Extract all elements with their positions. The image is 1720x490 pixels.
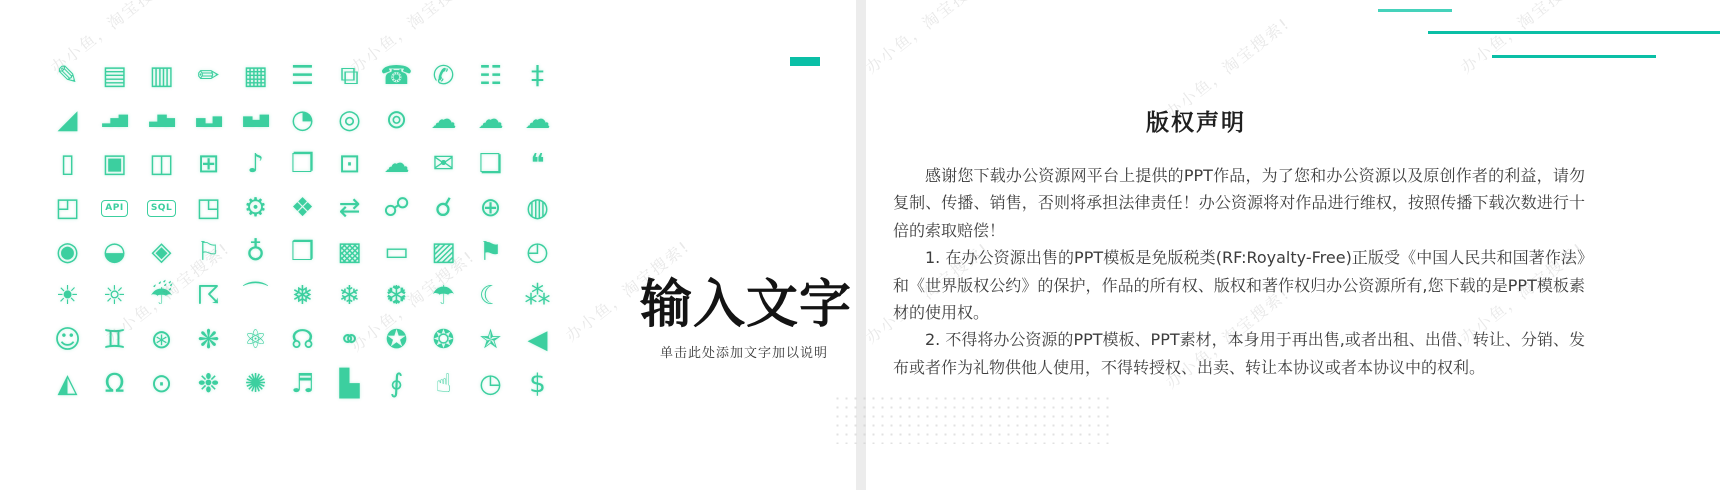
canvas: ✎▤▥✏▦☰⧉☎✆☷‡◢▂▅▇▃▇▅▅▂▆▆▄▇◔◎⊚☁☁☁▯▣◫⊞♪❐⊡☁✉❏…	[0, 0, 1720, 490]
document-report-glyph: ▤	[102, 63, 127, 89]
snowflake-icon[interactable]: ❄	[326, 274, 373, 318]
chart-bars-arrow-glyph: ▃▇▅	[149, 114, 174, 126]
location-pin-gem-icon[interactable]: ◈	[138, 230, 185, 274]
globe-glyph: ◍	[526, 195, 549, 221]
globe-stand-icon[interactable]: ♁	[232, 230, 279, 274]
printer-glyph: ⧉	[340, 63, 359, 89]
document-text-icon[interactable]: ▥	[138, 54, 185, 98]
dollar-coin-icon[interactable]: $	[514, 362, 561, 406]
snowflake-ornate-icon[interactable]: ❅	[279, 274, 326, 318]
browser-cursor-glyph: ◳	[196, 195, 221, 221]
medal-star-glyph: ✯	[480, 327, 502, 353]
location-pin-glyph: ◉	[56, 239, 79, 265]
document-pencil-glyph: ✏	[198, 63, 220, 89]
smartphone-message-icon[interactable]: ▣	[91, 142, 138, 186]
phone-ringing-icon[interactable]: ☎	[373, 54, 420, 98]
smartphone-music-glyph: ♪	[247, 151, 264, 177]
rainbow-glyph: ⌒	[242, 283, 268, 309]
moon-stars-glyph: ☾	[479, 283, 502, 309]
location-pin-icon[interactable]: ◉	[44, 230, 91, 274]
envelope-icon[interactable]: ✉	[420, 142, 467, 186]
cloud-upload-icon[interactable]: ☁	[420, 98, 467, 142]
cloud-network-glyph: ☁	[525, 107, 551, 133]
location-pin-gem-glyph: ◈	[152, 239, 172, 265]
medal-star-icon[interactable]: ✯	[467, 318, 514, 362]
smartphone-idea-glyph: ◫	[149, 151, 174, 177]
dots-pattern	[833, 394, 1115, 444]
mountain-flag-icon[interactable]: ◭	[44, 362, 91, 406]
document-music-glyph: ♬	[291, 371, 314, 397]
hand-click-icon[interactable]: ☝	[420, 362, 467, 406]
document-edit-glyph: ✎	[57, 63, 79, 89]
umbrella-icon[interactable]: ☂	[420, 274, 467, 318]
news-browser-icon[interactable]: ◰	[44, 186, 91, 230]
water-drops-icon[interactable]: ⁂	[514, 274, 561, 318]
browser-cursor-icon[interactable]: ◳	[185, 186, 232, 230]
calendar-icon[interactable]: ▦	[232, 54, 279, 98]
cloud-upload-glyph: ☁	[431, 107, 457, 133]
snowflake-glyph: ❄	[339, 283, 361, 309]
speedometer-icon[interactable]: ◴	[514, 230, 561, 274]
chat-bubbles-icon[interactable]: ❝	[514, 142, 561, 186]
hand-click-glyph: ☝	[436, 371, 452, 397]
party-popper-glyph: ❉	[198, 371, 220, 397]
tablet-documents-icon[interactable]: ❐	[279, 142, 326, 186]
bar-chart-glyph: ▅▂▆	[196, 114, 221, 126]
water-drops-glyph: ⁂	[525, 283, 551, 309]
photo-glyph: ▩	[337, 239, 362, 265]
delivery-truck-icon[interactable]: ▙	[326, 362, 373, 406]
map-route-icon[interactable]: ⚑	[467, 230, 514, 274]
thermometer-settings-icon[interactable]: ‡	[514, 54, 561, 98]
target-rings-glyph: ⊚	[386, 107, 408, 133]
copyright-paragraph: 2. 不得将办公资源的PPT模板、PPT素材，本身用于再出售,或者出租、出借、转…	[893, 326, 1585, 381]
accent-line-mid	[1492, 55, 1656, 58]
thermometer-snow-glyph: ❆	[386, 283, 408, 309]
moon-stars-icon[interactable]: ☾	[467, 274, 514, 318]
globe-stand-glyph: ♁	[246, 239, 265, 265]
copyright-paragraph: 感谢您下载办公资源网平台上提供的PPT作品，为了您和办公资源以及原创作者的利益，…	[893, 162, 1585, 244]
location-pin-user-glyph: ◒	[103, 239, 126, 265]
contact-list-icon[interactable]: ☷	[467, 54, 514, 98]
rain-cloud-glyph: ☔	[150, 283, 173, 309]
file-transfer-glyph: ⇄	[339, 195, 361, 221]
thermometer-settings-glyph: ‡	[531, 63, 544, 89]
contact-list-glyph: ☷	[479, 63, 502, 89]
smartphone-apps-glyph: ⊞	[198, 151, 220, 177]
delivery-truck-glyph: ▙	[340, 371, 360, 397]
cloud-download-glyph: ☁	[478, 107, 504, 133]
award-medal-icon[interactable]: ✪	[373, 318, 420, 362]
pie-chart-glyph: ◔	[291, 107, 314, 133]
tablet-documents-glyph: ❐	[291, 151, 314, 177]
network-hub-glyph: ❋	[198, 327, 220, 353]
accent-line-short	[1378, 9, 1452, 12]
icon-grid: ✎▤▥✏▦☰⧉☎✆☷‡◢▂▅▇▃▇▅▅▂▆▆▄▇◔◎⊚☁☁☁▯▣◫⊞♪❐⊡☁✉❏…	[44, 54, 561, 406]
desktop-monitor-icon[interactable]: ⊡	[326, 142, 373, 186]
copyright-title: 版权声明	[1146, 104, 1246, 137]
magnifier-glyph: ☌	[435, 195, 452, 221]
paperclip-icon[interactable]: ∮	[373, 362, 420, 406]
document-report-icon[interactable]: ▤	[91, 54, 138, 98]
desktop-monitor-glyph: ⊡	[339, 151, 361, 177]
paperclip-glyph: ∮	[390, 371, 404, 397]
document-text-glyph: ▥	[149, 63, 174, 89]
rainbow-icon[interactable]: ⌒	[232, 274, 279, 318]
bullet-list-icon[interactable]: ☰	[279, 54, 326, 98]
chat-bubbles-glyph: ❝	[531, 151, 545, 177]
sun-glyph: ☀	[56, 283, 79, 309]
bullet-list-glyph: ☰	[291, 63, 314, 89]
location-pin-user-icon[interactable]: ◒	[91, 230, 138, 274]
sunrise-icon[interactable]: ☼	[91, 274, 138, 318]
phone-handset-glyph: ✆	[433, 63, 455, 89]
mountain-flag-glyph: ◭	[58, 371, 78, 397]
copyright-body: 感谢您下载办公资源网平台上提供的PPT作品，为了您和办公资源以及原创作者的利益，…	[893, 162, 1585, 381]
lightbulb-icon[interactable]: ⊙	[138, 362, 185, 406]
chart-bars-arrow-icon[interactable]: ▃▇▅	[138, 98, 185, 142]
map-folded-icon[interactable]: ▨	[420, 230, 467, 274]
fireworks-icon[interactable]: ✺	[232, 362, 279, 406]
envelope-glyph: ✉	[433, 151, 455, 177]
handshake-icon[interactable]: ⚭	[326, 318, 373, 362]
mail-letter-glyph: ❏	[479, 151, 502, 177]
mail-letter-icon[interactable]: ❏	[467, 142, 514, 186]
award-medal-glyph: ✪	[386, 327, 408, 353]
target-rings-icon[interactable]: ⊚	[373, 98, 420, 142]
globe-location-icon[interactable]: ⊕	[467, 186, 514, 230]
map-route-glyph: ⚑	[479, 239, 502, 265]
bar-chart-icon[interactable]: ▅▂▆	[185, 98, 232, 142]
calendar-glyph: ▦	[243, 63, 268, 89]
id-card-glyph: ▭	[384, 239, 409, 265]
accent-rectangle	[790, 57, 820, 66]
storm-cloud-icon[interactable]: ☈	[185, 274, 232, 318]
id-card-icon[interactable]: ▭	[373, 230, 420, 274]
cloud-download-icon[interactable]: ☁	[467, 98, 514, 142]
chart-growth-icon[interactable]: ◢	[44, 98, 91, 142]
sql-window-icon[interactable]: SQL	[138, 186, 185, 230]
document-pencil-icon[interactable]: ✏	[185, 54, 232, 98]
left-slide: ✎▤▥✏▦☰⧉☎✆☷‡◢▂▅▇▃▇▅▅▂▆▆▄▇◔◎⊚☁☁☁▯▣◫⊞♪❐⊡☁✉❏…	[0, 0, 856, 490]
search-analysis-glyph: ☍	[383, 195, 409, 221]
thermometer-snow-icon[interactable]: ❆	[373, 274, 420, 318]
search-analysis-icon[interactable]: ☍	[373, 186, 420, 230]
magnifier-icon[interactable]: ☌	[420, 186, 467, 230]
rain-cloud-icon[interactable]: ☔	[138, 274, 185, 318]
left-slide-title-placeholder[interactable]: 输入文字	[640, 262, 852, 337]
sunrise-glyph: ☼	[103, 283, 126, 309]
umbrella-glyph: ☂	[432, 283, 455, 309]
map-pin-flag-icon[interactable]: ⚐	[185, 230, 232, 274]
smartphone-music-icon[interactable]: ♪	[232, 142, 279, 186]
photo-icon[interactable]: ▩	[326, 230, 373, 274]
left-slide-subtitle-placeholder[interactable]: 单击此处添加文字加以说明	[660, 342, 828, 361]
chart-bars-rising-glyph: ▂▅▇	[102, 114, 127, 126]
cloud-data-icon[interactable]: ☁	[373, 142, 420, 186]
printer-icon[interactable]: ⧉	[326, 54, 373, 98]
map-pin-flag-glyph: ⚐	[197, 239, 220, 265]
medal-person-glyph: ❂	[433, 327, 455, 353]
team-group-glyph: ♊	[103, 327, 126, 353]
headset-glyph: Ω	[105, 371, 125, 397]
person-thought-glyph: ☺	[54, 327, 81, 353]
column-chart-icon[interactable]: ▆▄▇	[232, 98, 279, 142]
globe-community-glyph: ⊛	[151, 327, 173, 353]
megaphone-glyph: ◀	[528, 327, 548, 353]
api-window-icon[interactable]: API	[91, 186, 138, 230]
api-window-glyph: API	[101, 200, 127, 217]
fireworks-glyph: ✺	[245, 371, 267, 397]
globe-community-icon[interactable]: ⊛	[138, 318, 185, 362]
phone-ringing-glyph: ☎	[380, 63, 412, 89]
network-hub-icon[interactable]: ❋	[185, 318, 232, 362]
accent-line-long	[1428, 31, 1720, 34]
smartphone-apps-icon[interactable]: ⊞	[185, 142, 232, 186]
chart-bars-rising-icon[interactable]: ▂▅▇	[91, 98, 138, 142]
snowflake-ornate-glyph: ❅	[292, 283, 314, 309]
storm-cloud-glyph: ☈	[197, 283, 220, 309]
briefcase-glyph: ❒	[291, 239, 314, 265]
dollar-coin-glyph: $	[529, 371, 546, 397]
handshake-glyph: ⚭	[339, 327, 361, 353]
smartphone-idea-icon[interactable]: ◫	[138, 142, 185, 186]
party-popper-icon[interactable]: ❉	[185, 362, 232, 406]
support-headset-glyph: ☊	[291, 327, 314, 353]
lightbulb-glyph: ⊙	[151, 371, 173, 397]
support-headset-icon[interactable]: ☊	[279, 318, 326, 362]
share-nodes-glyph: ⚛	[244, 327, 267, 353]
badge-verified-icon[interactable]: ❖	[279, 186, 326, 230]
news-browser-glyph: ◰	[55, 195, 80, 221]
badge-verified-glyph: ❖	[291, 195, 314, 221]
team-group-icon[interactable]: ♊	[91, 318, 138, 362]
target-arrow-icon[interactable]: ◎	[326, 98, 373, 142]
alarm-clock-icon[interactable]: ◷	[467, 362, 514, 406]
document-edit-icon[interactable]: ✎	[44, 54, 91, 98]
target-arrow-glyph: ◎	[338, 107, 361, 133]
copyright-paragraph: 1. 在办公资源出售的PPT模板是免版税类(RF:Royalty-Free)正版…	[893, 244, 1585, 326]
globe-location-glyph: ⊕	[480, 195, 502, 221]
medal-person-icon[interactable]: ❂	[420, 318, 467, 362]
smartphone-icon[interactable]: ▯	[44, 142, 91, 186]
sql-window-glyph: SQL	[147, 200, 176, 217]
smartphone-glyph: ▯	[60, 151, 74, 177]
document-music-icon[interactable]: ♬	[279, 362, 326, 406]
phone-handset-icon[interactable]: ✆	[420, 54, 467, 98]
chart-growth-glyph: ◢	[58, 107, 78, 133]
pie-chart-icon[interactable]: ◔	[279, 98, 326, 142]
file-transfer-icon[interactable]: ⇄	[326, 186, 373, 230]
cloud-data-glyph: ☁	[384, 151, 410, 177]
gear-glyph: ⚙	[244, 195, 267, 221]
cloud-network-icon[interactable]: ☁	[514, 98, 561, 142]
share-nodes-icon[interactable]: ⚛	[232, 318, 279, 362]
gear-icon[interactable]: ⚙	[232, 186, 279, 230]
map-folded-glyph: ▨	[431, 239, 456, 265]
globe-icon[interactable]: ◍	[514, 186, 561, 230]
column-chart-glyph: ▆▄▇	[243, 114, 268, 126]
alarm-clock-glyph: ◷	[479, 371, 502, 397]
headset-icon[interactable]: Ω	[91, 362, 138, 406]
person-thought-icon[interactable]: ☺	[44, 318, 91, 362]
megaphone-icon[interactable]: ◀	[514, 318, 561, 362]
sun-icon[interactable]: ☀	[44, 274, 91, 318]
briefcase-icon[interactable]: ❒	[279, 230, 326, 274]
smartphone-message-glyph: ▣	[102, 151, 127, 177]
speedometer-glyph: ◴	[526, 239, 549, 265]
